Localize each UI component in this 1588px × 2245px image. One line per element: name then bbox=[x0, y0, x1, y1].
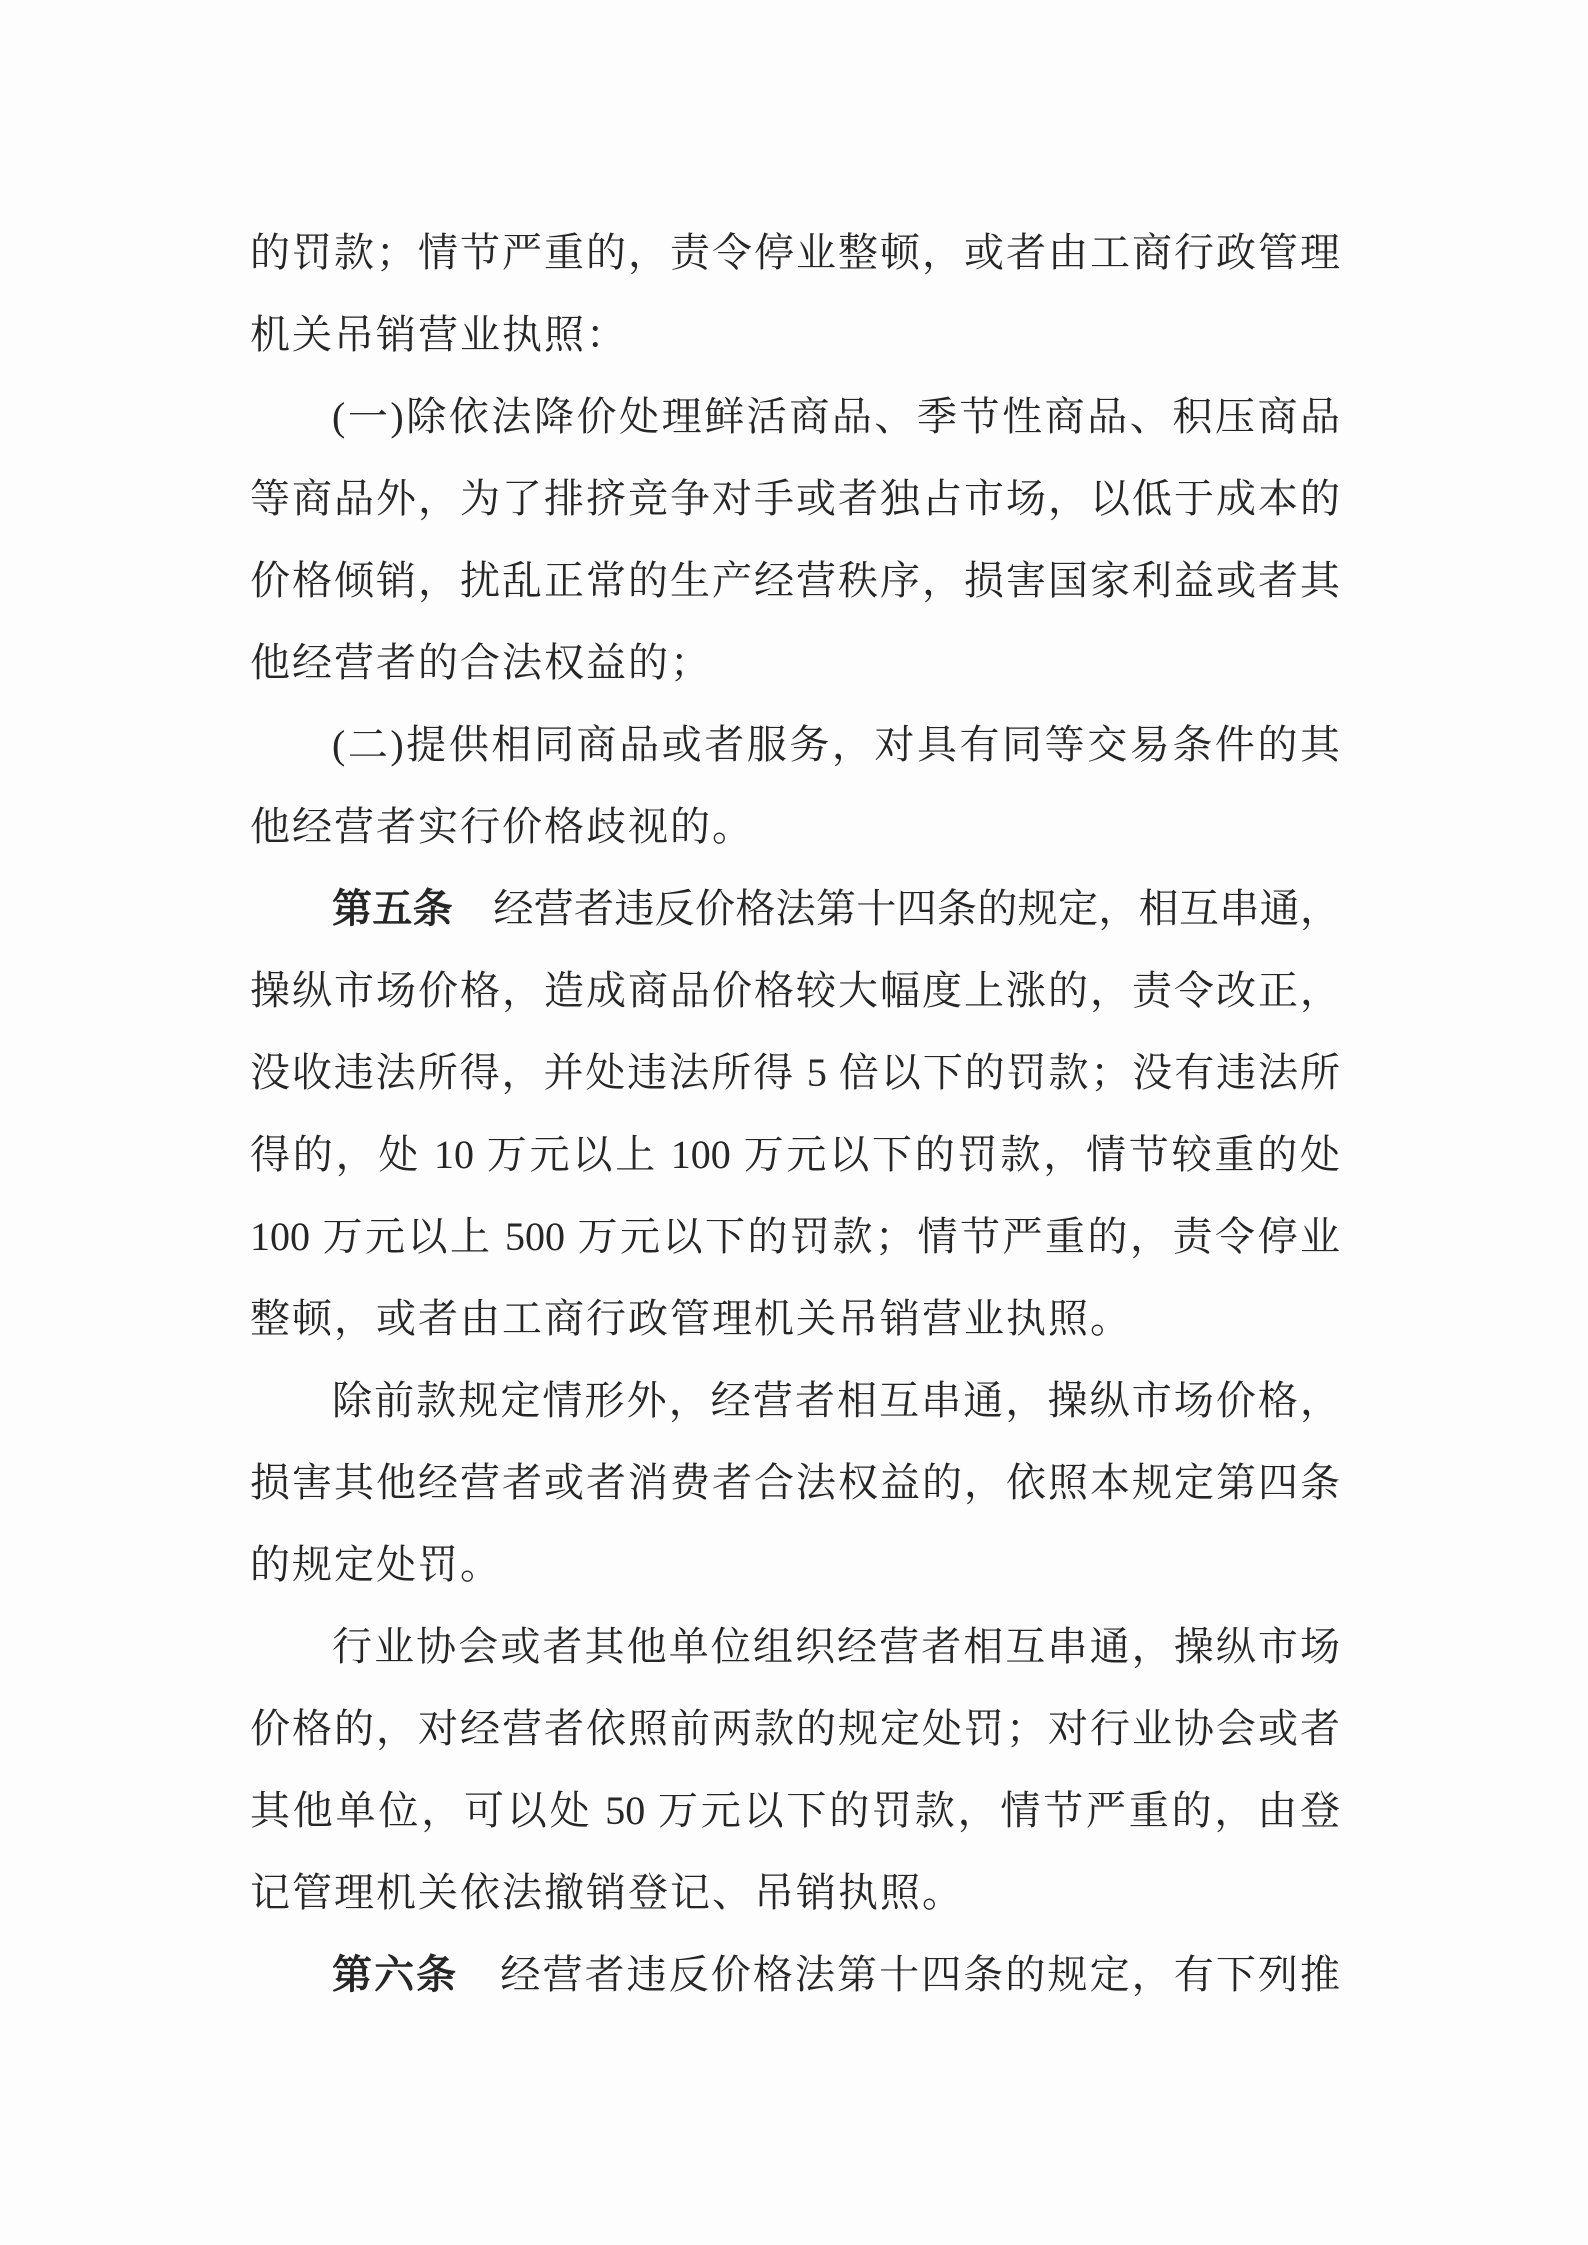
text-line: 记管理机关依法撤销登记、吊销执照。 bbox=[250, 1852, 1340, 1934]
text-run: 他经营者的合法权益的； bbox=[250, 640, 712, 685]
text-run: (二)提供相同商品或者服务，对具有同等交易条件的其 bbox=[332, 722, 1340, 767]
text-run: 他经营者实行价格歧视的。 bbox=[250, 804, 754, 849]
text-line: 除前款规定情形外，经营者相互串通，操纵市场价格， bbox=[250, 1360, 1340, 1442]
document-page: 的罚款；情节严重的，责令停业整顿，或者由工商行政管理机关吊销营业执照：(一)除依… bbox=[0, 0, 1588, 2245]
text-run: 机关吊销营业执照： bbox=[250, 312, 628, 357]
text-line: 他经营者的合法权益的； bbox=[250, 622, 1340, 704]
text-line: 损害其他经营者或者消费者合法权益的，依照本规定第四条 bbox=[250, 1442, 1340, 1524]
text-run: 行业协会或者其他单位组织经营者相互串通，操纵市场 bbox=[332, 1624, 1340, 1669]
text-line: 第六条 经营者违反价格法第十四条的规定，有下列推 bbox=[250, 1934, 1340, 2016]
article-number: 第六条 bbox=[332, 1952, 458, 1997]
text-run: 得的，处 10 万元以上 100 万元以下的罚款，情节较重的处 bbox=[250, 1132, 1340, 1177]
text-run: 损害其他经营者或者消费者合法权益的，依照本规定第四条 bbox=[250, 1460, 1340, 1505]
text-line: 等商品外，为了排挤竞争对手或者独占市场，以低于成本的 bbox=[250, 458, 1340, 540]
text-line: 没收违法所得，并处违法所得 5 倍以下的罚款；没有违法所 bbox=[250, 1032, 1340, 1114]
text-line: 第五条 经营者违反价格法第十四条的规定，相互串通， bbox=[250, 868, 1340, 950]
text-run: 操纵市场价格，造成商品价格较大幅度上涨的，责令改正， bbox=[250, 968, 1340, 1013]
text-line: (一)除依法降价处理鲜活商品、季节性商品、积压商品 bbox=[250, 376, 1340, 458]
text-line: 的罚款；情节严重的，责令停业整顿，或者由工商行政管理 bbox=[250, 212, 1340, 294]
text-run: 100 万元以上 500 万元以下的罚款；情节严重的，责令停业 bbox=[250, 1214, 1340, 1259]
text-run: 价格倾销，扰乱正常的生产经营秩序，损害国家利益或者其 bbox=[250, 558, 1340, 603]
text-line: 整顿，或者由工商行政管理机关吊销营业执照。 bbox=[250, 1278, 1340, 1360]
text-line: 价格的，对经营者依照前两款的规定处罚；对行业协会或者 bbox=[250, 1688, 1340, 1770]
text-run: 没收违法所得，并处违法所得 5 倍以下的罚款；没有违法所 bbox=[250, 1050, 1340, 1095]
text-line: 得的，处 10 万元以上 100 万元以下的罚款，情节较重的处 bbox=[250, 1114, 1340, 1196]
text-run: 经营者违反价格法第十四条的规定，相互串通， bbox=[453, 886, 1340, 931]
text-run: 的规定处罚。 bbox=[250, 1542, 502, 1587]
text-line: 行业协会或者其他单位组织经营者相互串通，操纵市场 bbox=[250, 1606, 1340, 1688]
text-line: 的规定处罚。 bbox=[250, 1524, 1340, 1606]
text-run: 等商品外，为了排挤竞争对手或者独占市场，以低于成本的 bbox=[250, 476, 1340, 521]
text-run: 价格的，对经营者依照前两款的规定处罚；对行业协会或者 bbox=[250, 1706, 1340, 1751]
text-line: 机关吊销营业执照： bbox=[250, 294, 1340, 376]
text-line: (二)提供相同商品或者服务，对具有同等交易条件的其 bbox=[250, 704, 1340, 786]
text-run: 除前款规定情形外，经营者相互串通，操纵市场价格， bbox=[332, 1378, 1340, 1423]
text-run: 经营者违反价格法第十四条的规定，有下列推 bbox=[458, 1952, 1340, 1997]
text-run: (一)除依法降价处理鲜活商品、季节性商品、积压商品 bbox=[332, 394, 1340, 439]
text-line: 其他单位，可以处 50 万元以下的罚款，情节严重的，由登 bbox=[250, 1770, 1340, 1852]
article-number: 第五条 bbox=[332, 886, 453, 931]
text-line: 操纵市场价格，造成商品价格较大幅度上涨的，责令改正， bbox=[250, 950, 1340, 1032]
text-run: 记管理机关依法撤销登记、吊销执照。 bbox=[250, 1870, 964, 1915]
text-run: 整顿，或者由工商行政管理机关吊销营业执照。 bbox=[250, 1296, 1132, 1341]
text-line: 100 万元以上 500 万元以下的罚款；情节严重的，责令停业 bbox=[250, 1196, 1340, 1278]
text-line: 他经营者实行价格歧视的。 bbox=[250, 786, 1340, 868]
text-run: 的罚款；情节严重的，责令停业整顿，或者由工商行政管理 bbox=[250, 230, 1340, 275]
legal-text-block: 的罚款；情节严重的，责令停业整顿，或者由工商行政管理机关吊销营业执照：(一)除依… bbox=[250, 212, 1340, 2016]
text-line: 价格倾销，扰乱正常的生产经营秩序，损害国家利益或者其 bbox=[250, 540, 1340, 622]
text-run: 其他单位，可以处 50 万元以下的罚款，情节严重的，由登 bbox=[250, 1788, 1340, 1833]
